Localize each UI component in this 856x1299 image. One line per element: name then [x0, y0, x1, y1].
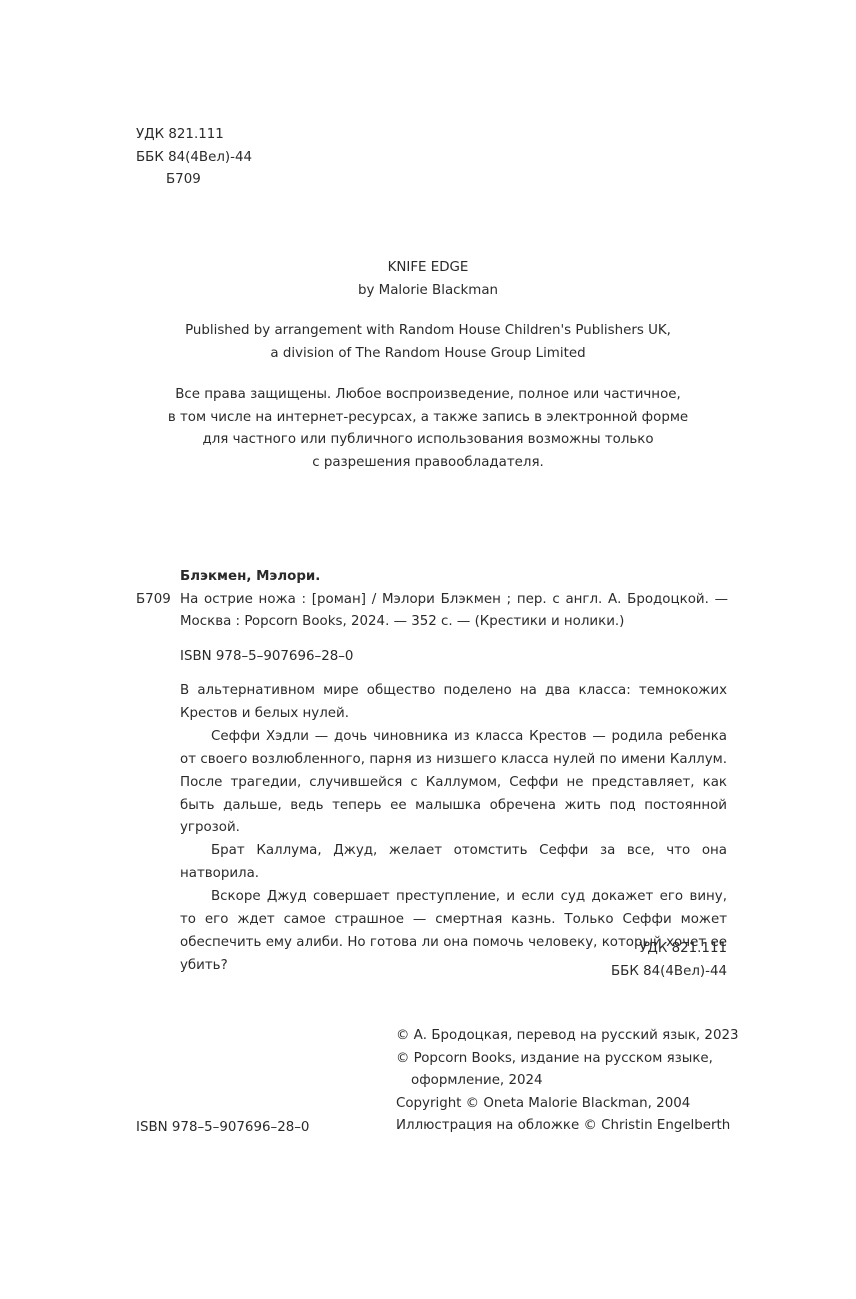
copyright-edition: © Popcorn Books, издание на русском язык… — [396, 1048, 739, 1071]
isbn-bottom: ISBN 978–5–907696–28–0 — [136, 1117, 309, 1140]
annotation: В альтернативном мире общество поделено … — [180, 680, 727, 978]
publisher-line-1: Published by arrangement with Random Hou… — [0, 320, 856, 343]
bibliographic-entry-line-1: На острие ножа : [роман] / Мэлори Блэкме… — [180, 589, 728, 612]
rights-notice: Все права защищены. Любое воспроизведени… — [0, 384, 856, 474]
udk-code: УДК 821.111 — [136, 124, 252, 147]
bibliographic-code: Б709 — [136, 589, 171, 612]
classification-codes-top: УДК 821.111 ББК 84(4Вел)-44 Б709 — [136, 124, 252, 192]
bibliographic-entry-line-2: Москва : Popcorn Books, 2024. — 352 с. —… — [180, 611, 624, 634]
isbn-bibliographic: ISBN 978–5–907696–28–0 — [180, 646, 353, 669]
copyright-translation: © А. Бродоцкая, перевод на русский язык,… — [396, 1025, 739, 1048]
annotation-paragraph: В альтернативном мире общество поделено … — [180, 680, 727, 726]
publisher-line-2: a division of The Random House Group Lim… — [0, 343, 856, 366]
udk-code: УДК 821.111 — [611, 938, 727, 961]
classification-codes-bottom: УДК 821.111 ББК 84(4Вел)-44 — [611, 938, 727, 983]
annotation-paragraph: Брат Каллума, Джуд, желает отомстить Сеф… — [180, 840, 727, 886]
original-title-block: KNIFE EDGE by Malorie Blackman — [0, 257, 856, 302]
publisher-notice: Published by arrangement with Random Hou… — [0, 320, 856, 365]
original-author: by Malorie Blackman — [0, 280, 856, 303]
author-mark: Б709 — [136, 169, 252, 192]
annotation-paragraph: Сеффи Хэдли — дочь чиновника из класса К… — [180, 726, 727, 841]
rights-line: с разрешения правообладателя. — [0, 452, 856, 475]
original-title: KNIFE EDGE — [0, 257, 856, 280]
rights-line: Все права защищены. Любое воспроизведени… — [0, 384, 856, 407]
bbk-code: ББК 84(4Вел)-44 — [136, 147, 252, 170]
copyright-edition-cont: оформление, 2024 — [396, 1070, 739, 1093]
bbk-code: ББК 84(4Вел)-44 — [611, 961, 727, 984]
bibliographic-author-heading: Блэкмен, Мэлори. — [180, 566, 320, 589]
copyright-illustration: Иллюстрация на обложке © Christin Engelb… — [396, 1115, 739, 1138]
copyright-notices: © А. Бродоцкая, перевод на русский язык,… — [396, 1025, 739, 1138]
rights-line: для частного или публичного использовани… — [0, 429, 856, 452]
rights-line: в том числе на интернет-ресурсах, а такж… — [0, 407, 856, 430]
copyright-original: Copyright © Oneta Malorie Blackman, 2004 — [396, 1093, 739, 1116]
